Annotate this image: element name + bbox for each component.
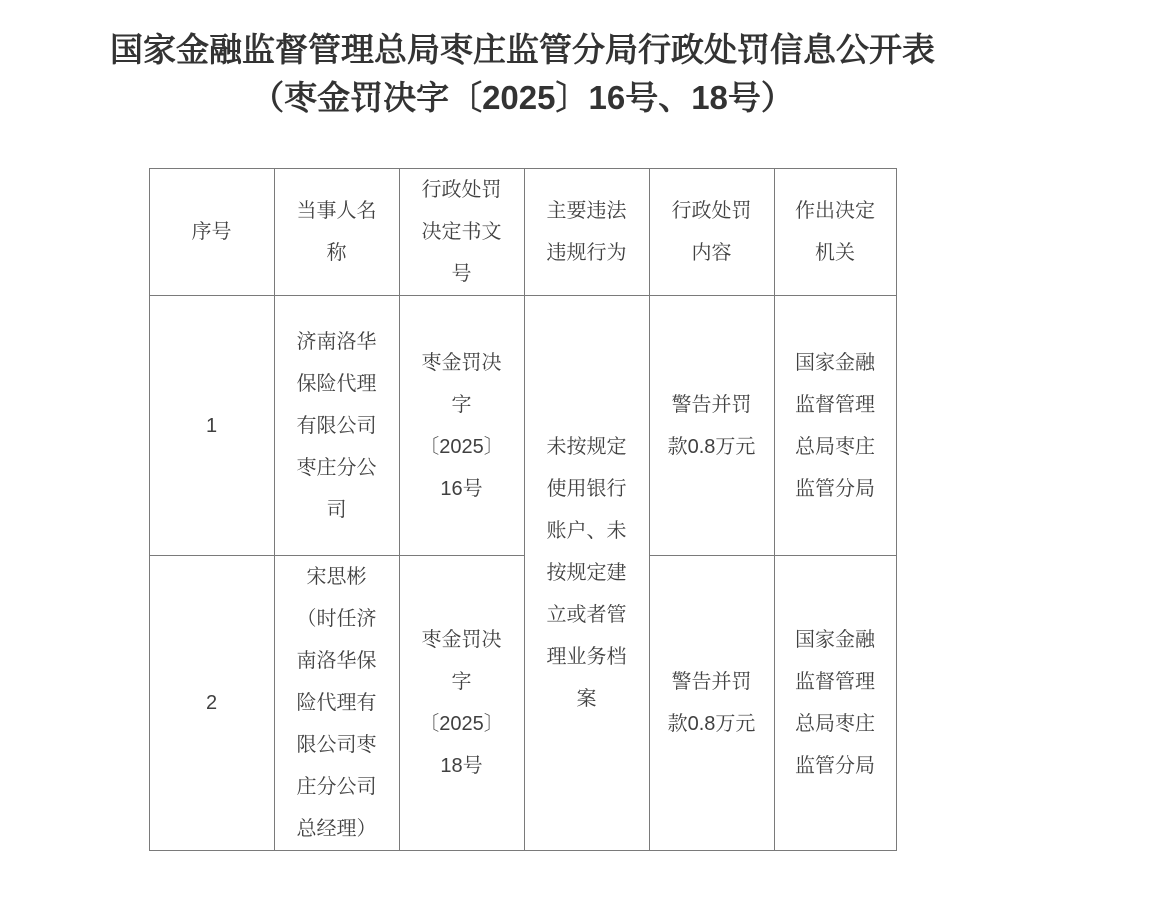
penalty-table: 序号 当事人名 称 行政处罚 决定书文 号 主要违法 违规行为 行政处罚 内容 … <box>149 168 897 851</box>
header-deciding-authority: 作出决定 机关 <box>774 169 896 296</box>
page-title-line2: （枣金罚决字〔2025〕16号、18号） <box>0 74 1045 122</box>
page-title: 国家金融监督管理总局枣庄监管分局行政处罚信息公开表 （枣金罚决字〔2025〕16… <box>0 26 1045 122</box>
cell-penalty-content-2: 警告并罚 款0.8万元 <box>649 556 774 851</box>
header-main-violations: 主要违法 违规行为 <box>524 169 649 296</box>
header-penalty-content: 行政处罚 内容 <box>649 169 774 296</box>
document: 国家金融监督管理总局枣庄监管分局行政处罚信息公开表 （枣金罚决字〔2025〕16… <box>0 0 1045 851</box>
table-row-2: 2 宋思彬 （时任济 南洛华保 险代理有 限公司枣 庄分公司 总经理） 枣金罚决… <box>149 556 896 851</box>
header-party-name: 当事人名 称 <box>274 169 399 296</box>
cell-penalty-content-1: 警告并罚 款0.8万元 <box>649 296 774 556</box>
cell-deciding-authority-1: 国家金融 监督管理 总局枣庄 监管分局 <box>774 296 896 556</box>
cell-serial-number-2: 2 <box>149 556 274 851</box>
cell-serial-number-1: 1 <box>149 296 274 556</box>
cell-main-violations-merged: 未按规定 使用银行 账户、未 按规定建 立或者管 理业务档 案 <box>524 296 649 851</box>
table-header-row: 序号 当事人名 称 行政处罚 决定书文 号 主要违法 违规行为 行政处罚 内容 … <box>149 169 896 296</box>
table-row-1: 1 济南洛华 保险代理 有限公司 枣庄分公 司 枣金罚决 字 〔2025〕 16… <box>149 296 896 556</box>
cell-party-name-2: 宋思彬 （时任济 南洛华保 险代理有 限公司枣 庄分公司 总经理） <box>274 556 399 851</box>
page-title-line1: 国家金融监督管理总局枣庄监管分局行政处罚信息公开表 <box>0 26 1045 74</box>
cell-decision-doc-number-2: 枣金罚决 字 〔2025〕 18号 <box>399 556 524 851</box>
cell-deciding-authority-2: 国家金融 监督管理 总局枣庄 监管分局 <box>774 556 896 851</box>
header-serial-number: 序号 <box>149 169 274 296</box>
cell-decision-doc-number-1: 枣金罚决 字 〔2025〕 16号 <box>399 296 524 556</box>
cell-party-name-1: 济南洛华 保险代理 有限公司 枣庄分公 司 <box>274 296 399 556</box>
header-decision-doc-number: 行政处罚 决定书文 号 <box>399 169 524 296</box>
